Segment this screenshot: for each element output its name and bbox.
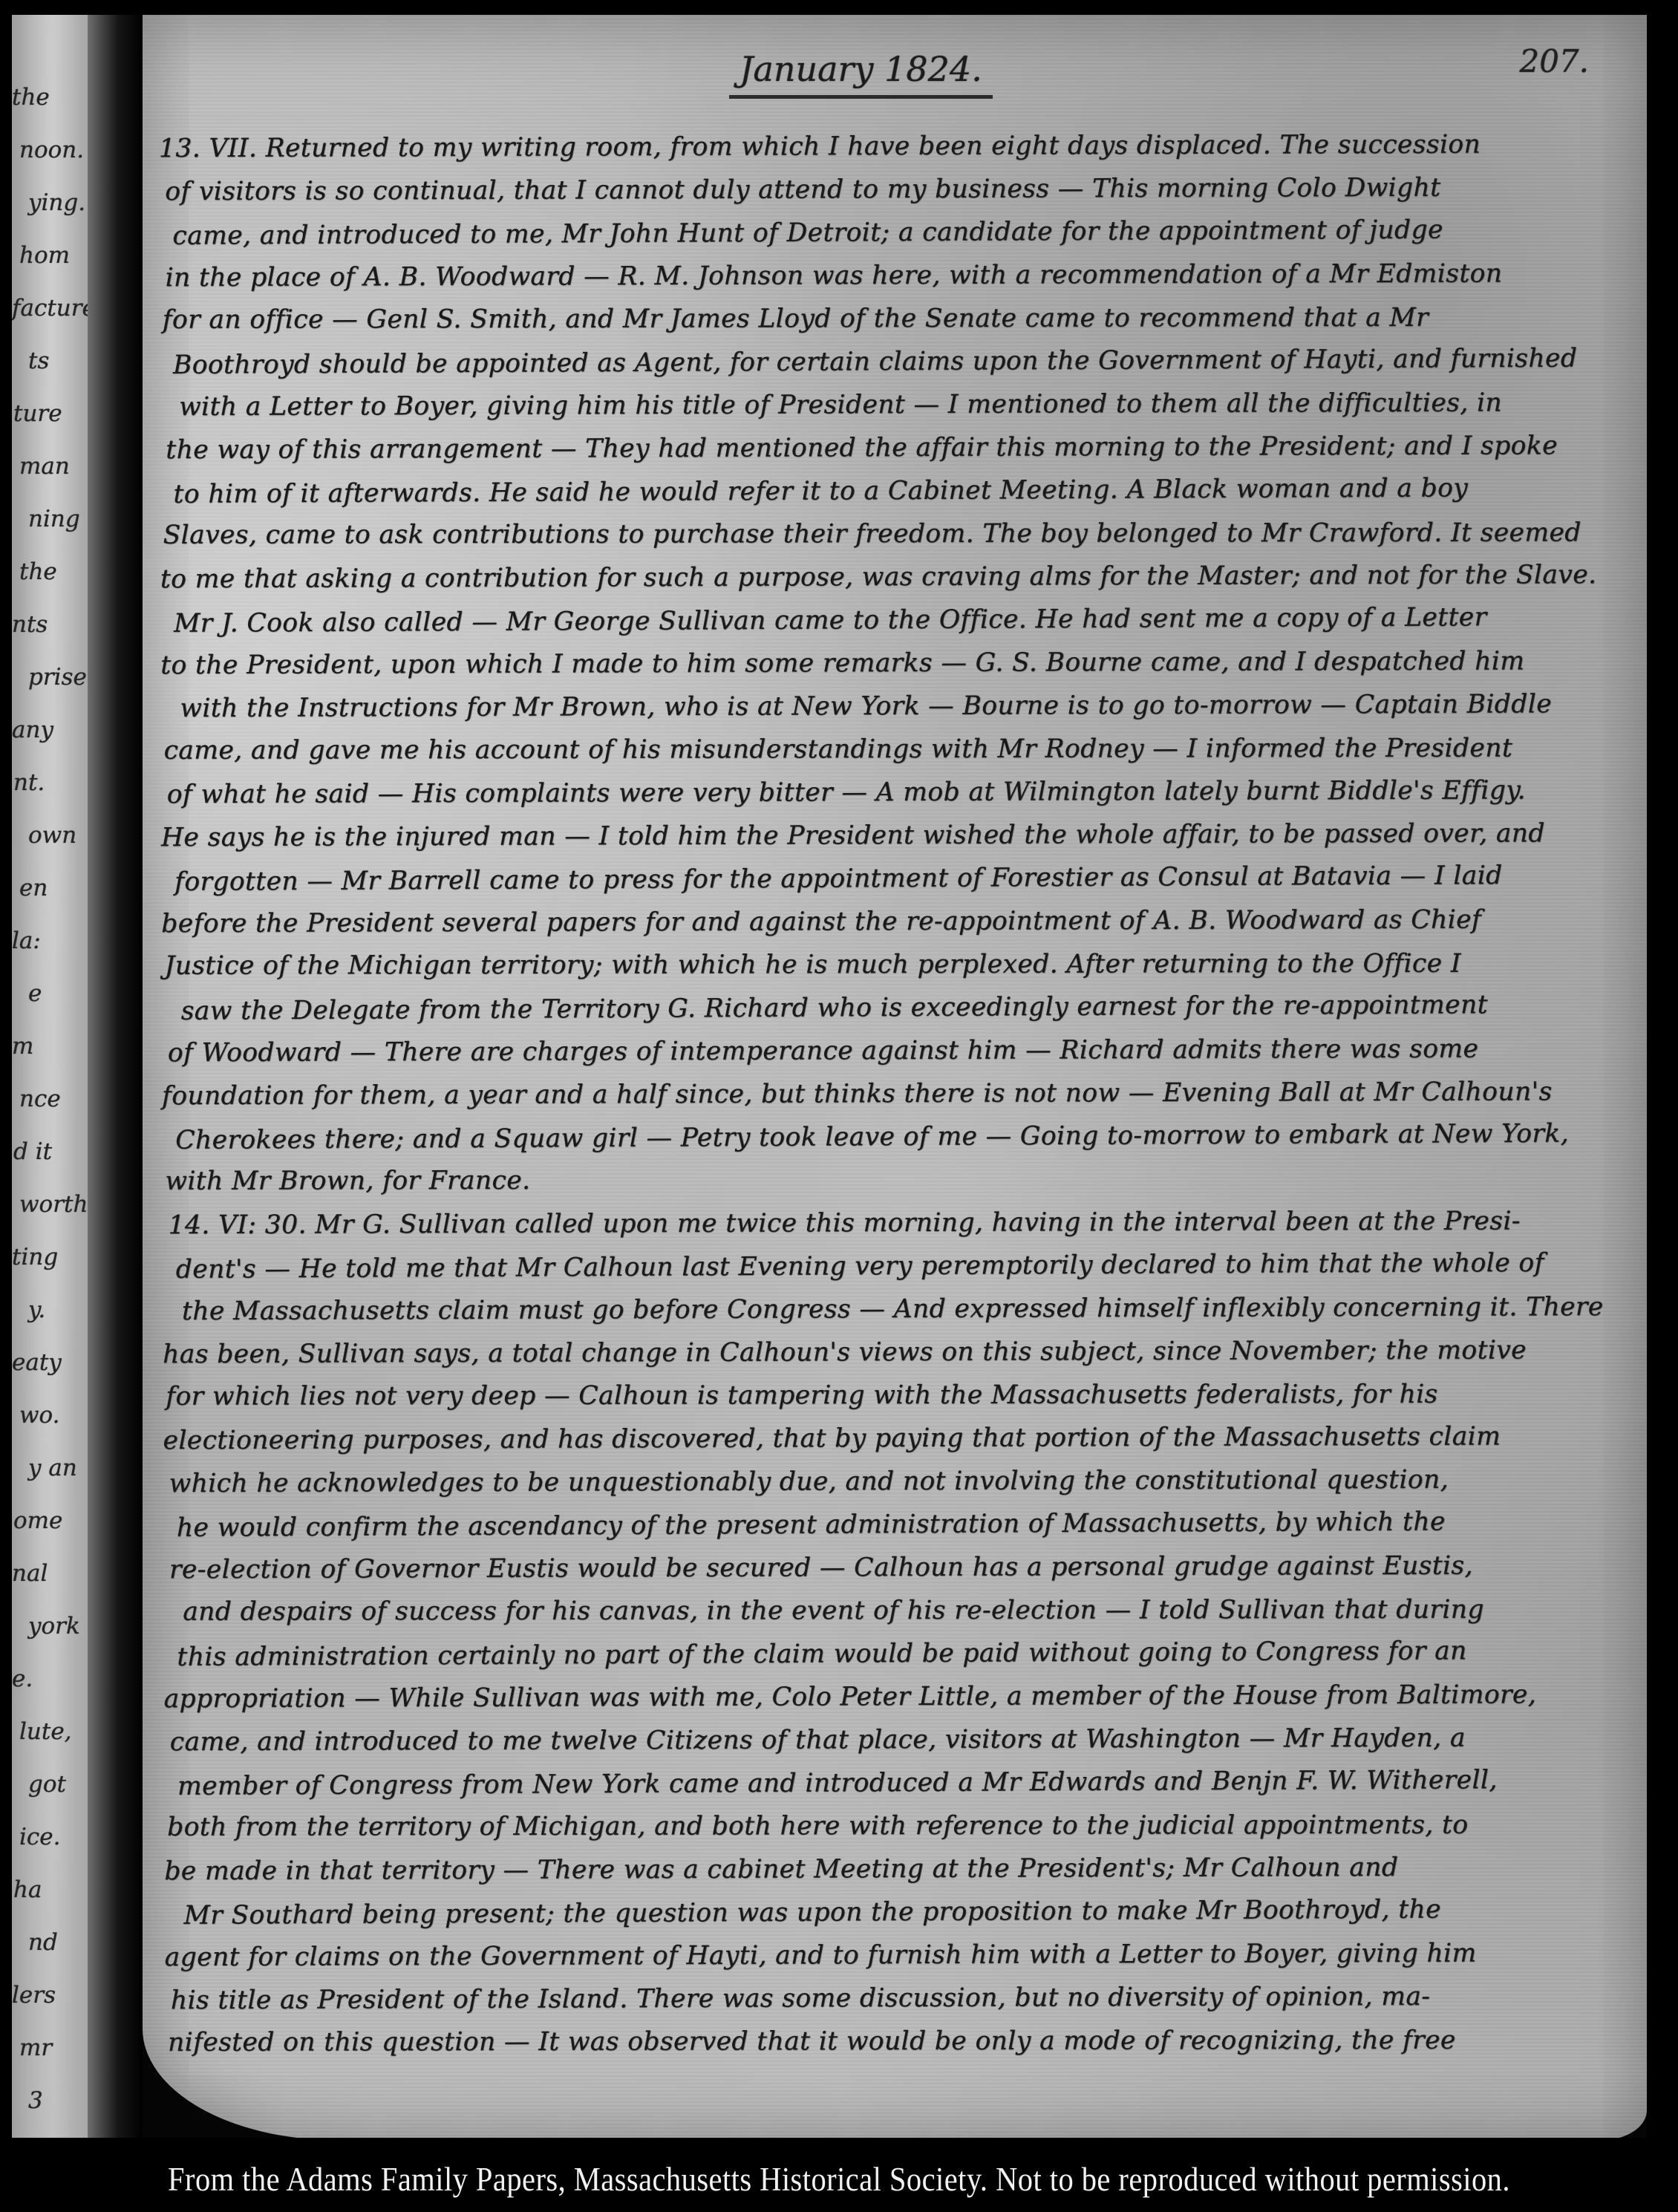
facing-page-fragment: york <box>28 1600 88 1653</box>
facing-page-fragment: ice. <box>19 1811 88 1864</box>
manuscript-line: dent's — He told me that Mr Calhoun last… <box>176 1241 1640 1291</box>
facing-page-fragment: d it <box>13 1126 88 1178</box>
scan-border-top <box>0 0 1678 15</box>
manuscript-line: of Woodward — There are charges of intem… <box>168 1027 1639 1074</box>
manuscript-line: he would confirm the ascendancy of the p… <box>177 1499 1641 1550</box>
manuscript-line: in the place of A. B. Woodward — R. M. J… <box>165 252 1636 299</box>
manuscript-line: with the Instructions for Mr Brown, who … <box>180 682 1638 730</box>
manuscript-line: appropriation — While Sullivan was with … <box>163 1673 1641 1720</box>
facing-page-fragment: lute, <box>19 1706 88 1758</box>
facing-page-fragment: mr <box>19 2022 88 2075</box>
facing-page-fragment: own <box>28 809 88 862</box>
facing-page-fragment: y an <box>28 1442 88 1495</box>
facing-page-fragment: nt. <box>13 757 88 809</box>
manuscript-line: came, and gave me his account of his mis… <box>163 726 1638 771</box>
manuscript-line: this administration certainly no part of… <box>177 1628 1641 1679</box>
facing-page-fragment: man <box>19 440 88 493</box>
facing-page-fragment: nal <box>12 1547 88 1600</box>
manuscript-lines: 13. VII. Returned to my writing room, fr… <box>159 123 1642 2065</box>
manuscript-line: member of Congress from New York came an… <box>177 1758 1642 1808</box>
facing-page-fragment: ture <box>13 388 88 440</box>
scan-border-right <box>1647 0 1678 2212</box>
facing-page-fragment: ts <box>28 335 88 388</box>
manuscript-line: 14. VI: 30. Mr G. Sullivan called upon m… <box>168 1199 1639 1247</box>
facing-page-fragment: wo. <box>19 1389 88 1442</box>
facing-page-fragment: nts <box>12 598 88 651</box>
facing-page-fragment: noon. <box>19 124 88 177</box>
facing-page-fragment: nd <box>28 1916 88 1969</box>
facing-page-fragment: e <box>28 968 88 1020</box>
manuscript-scan: thenoon.ying.homfacturetsturemanningthen… <box>0 0 1678 2212</box>
facing-page-edge: thenoon.ying.homfacturetsturemanningthen… <box>12 0 88 2159</box>
manuscript-line: Justice of the Michigan territory; with … <box>164 942 1639 987</box>
facing-page-fragment: ha <box>13 1864 88 1916</box>
facing-page-fragment: got <box>28 1758 88 1811</box>
manuscript-line: agent for claims on the Government of Ha… <box>165 1931 1642 1979</box>
manuscript-line: with Mr Brown, for France. <box>165 1157 1639 1202</box>
manuscript-line: nifested on this question — It was obser… <box>168 2018 1642 2063</box>
manuscript-line: his title as President of the Island. Th… <box>171 1974 1642 2022</box>
manuscript-line: saw the Delegate from the Territory G. R… <box>181 982 1639 1033</box>
page-number: 207. <box>1519 43 1589 79</box>
manuscript-line: came, and introduced to me twelve Citize… <box>170 1716 1642 1764</box>
manuscript-line: to the President, upon which I made to h… <box>160 639 1638 687</box>
manuscript-line: which he acknowledges to be unquestionab… <box>169 1458 1641 1505</box>
facing-page-fragment: 3 <box>28 2075 88 2127</box>
facing-page-fragment: lers <box>12 1969 88 2022</box>
manuscript-line: the Massachusetts claim must go before C… <box>182 1285 1640 1333</box>
facing-page-fragment: la: <box>12 915 88 968</box>
facing-page-fragment: ying. <box>28 177 88 229</box>
facing-page-fragment: hom <box>19 229 88 282</box>
manuscript-line: to me that asking a contribution for suc… <box>160 553 1638 601</box>
facing-page-fragment: e. <box>12 1653 88 1706</box>
manuscript-line: for an office — Genl S. Smith, and Mr Ja… <box>163 296 1637 341</box>
manuscript-line: the way of this arrangement — They had m… <box>166 424 1637 472</box>
manuscript-line: 13. VII. Returned to my writing room, fr… <box>159 123 1636 170</box>
manuscript-line: before the President several papers for … <box>161 898 1639 945</box>
facing-page-fragment: the <box>12 71 88 124</box>
footer-credit-text: From the Adams Family Papers, Massachuse… <box>84 2160 1594 2199</box>
facing-page-fragment: any <box>12 704 88 757</box>
manuscript-line: He says he is the injured man — I told h… <box>161 812 1639 859</box>
manuscript-line: with a Letter to Boyer, giving him his t… <box>179 381 1637 428</box>
manuscript-line: Cherokees there; and a Squaw girl — Petr… <box>175 1112 1639 1162</box>
manuscript-line: Slaves, came to ask contributions to pur… <box>163 511 1638 556</box>
facing-page-fragment: ome <box>13 1495 88 1547</box>
manuscript-line: of visitors is so continual, that I cann… <box>165 166 1636 213</box>
facing-page-fragment: facture <box>12 282 88 335</box>
manuscript-line: and despairs of success for his canvas, … <box>183 1588 1641 1633</box>
manuscript-line: Mr J. Cook also called — Mr George Sulli… <box>174 595 1638 645</box>
manuscript-line: foundation for them, a year and a half s… <box>162 1070 1639 1118</box>
facing-page-fragment: m <box>12 1020 88 1073</box>
manuscript-page: January 1824. 207. 13. VII. Returned to … <box>143 15 1647 2140</box>
manuscript-line: forgotten — Mr Barrell came to press for… <box>174 853 1639 904</box>
book-gutter-shadow <box>88 0 143 2164</box>
manuscript-line: Mr Southard being present; the question … <box>183 1887 1642 1937</box>
manuscript-line: be made in that territory — There was a … <box>164 1845 1642 1893</box>
manuscript-line: came, and introduced to me, Mr John Hunt… <box>172 207 1636 258</box>
scan-border-left <box>0 0 12 2212</box>
page-date-heading: January 1824. <box>729 49 993 99</box>
facing-page-fragment: en <box>19 862 88 915</box>
manuscript-line: to him of it afterwards. He said he woul… <box>173 466 1637 516</box>
manuscript-line: both from the territory of Michigan, and… <box>167 1803 1642 1848</box>
manuscript-line: re-election of Governor Eustis would be … <box>169 1544 1641 1591</box>
facing-page-fragment: prise <box>28 651 88 704</box>
facing-page-fragment: nce <box>19 1073 88 1126</box>
facing-page-fragment: the <box>19 546 88 598</box>
manuscript-line: of what he said — His complaints were ve… <box>167 769 1639 816</box>
manuscript-line: Boothroyd should be appointed as Agent, … <box>173 336 1637 387</box>
manuscript-line: electioneering purposes, and has discove… <box>163 1415 1640 1462</box>
facing-page-fragment: ning <box>28 493 88 546</box>
facing-page-fragment: worth <box>19 1178 88 1231</box>
facing-page-fragment: y. <box>28 1284 88 1337</box>
manuscript-line: for which lies not very deep — Calhoun i… <box>166 1372 1640 1417</box>
facing-page-fragment: eaty <box>12 1337 88 1389</box>
footer-credit-bar: From the Adams Family Papers, Massachuse… <box>0 2138 1678 2212</box>
manuscript-line: has been, Sullivan says, a total change … <box>163 1328 1640 1376</box>
facing-page-fragment: ting <box>12 1231 88 1284</box>
